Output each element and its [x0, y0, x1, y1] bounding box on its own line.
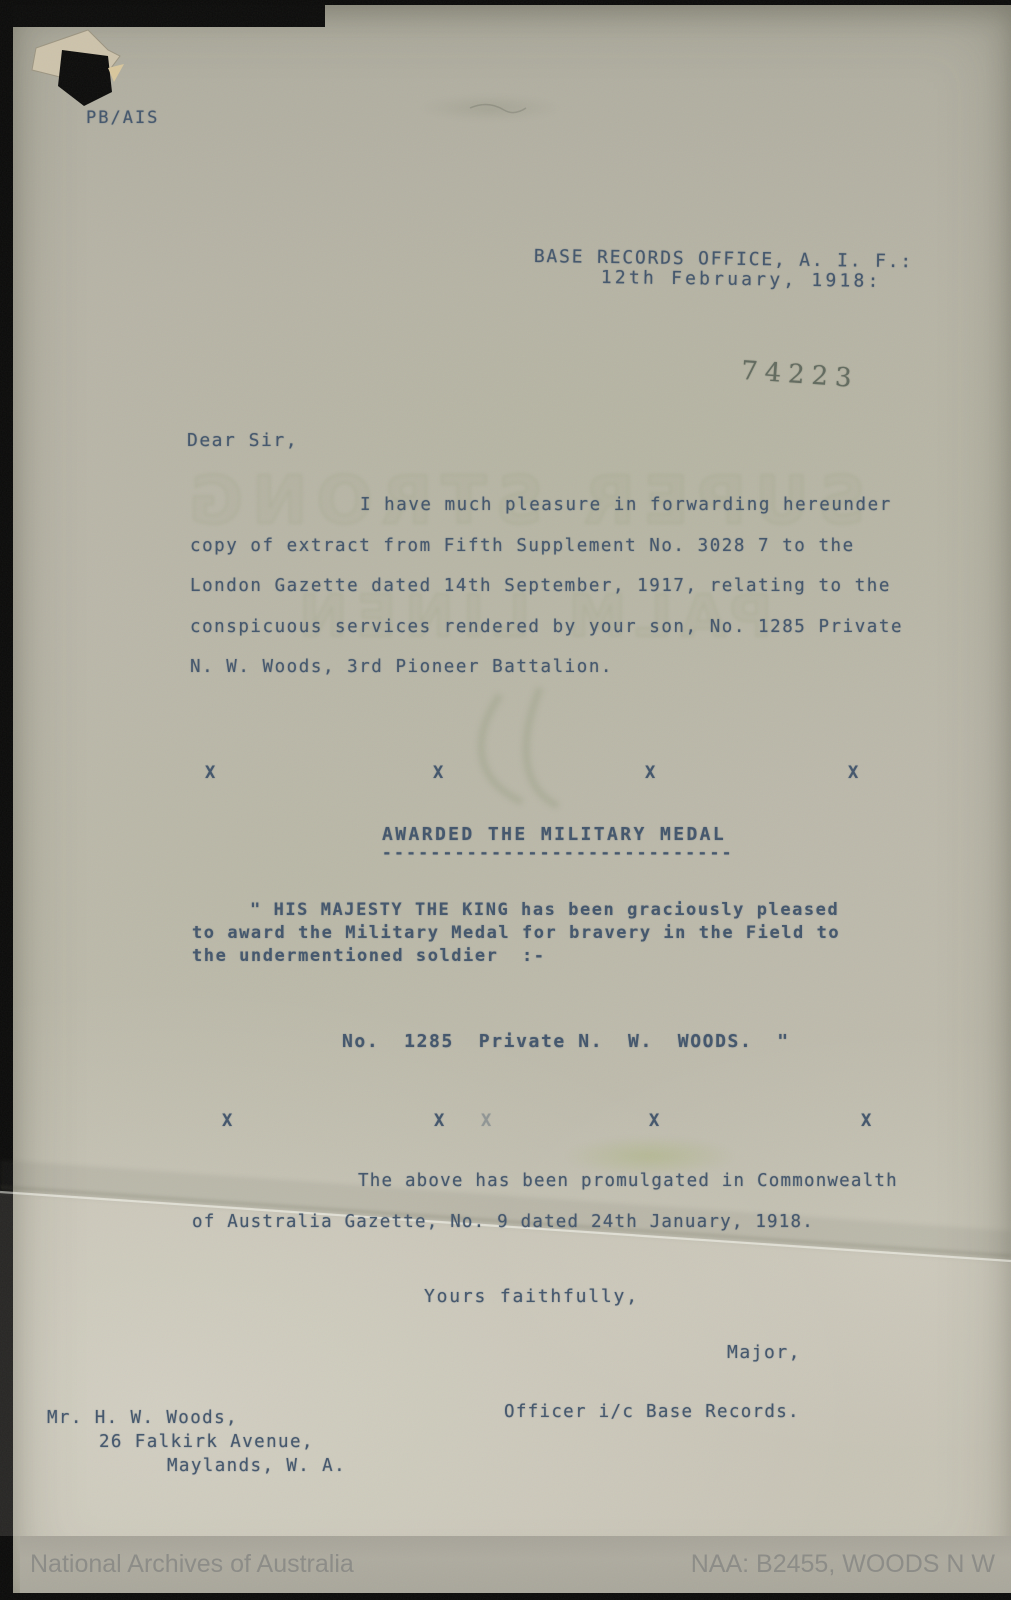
separator-x: X — [205, 763, 215, 783]
scan-edge-top — [13, 5, 325, 27]
archive-name: National Archives of Australia — [30, 1550, 354, 1579]
award-heading-underline: ----------------------------- — [382, 843, 734, 862]
separator-x: X — [649, 1111, 659, 1131]
body-paragraph: I have much pleasure in forwarding hereu… — [190, 485, 903, 688]
promulgation-paragraph: The above has been promulgated in Common… — [192, 1161, 898, 1243]
date-line: 12th February, 1918: — [601, 267, 882, 293]
separator-x: X — [433, 763, 443, 783]
pencil-smudge — [420, 95, 560, 121]
archive-footer-band: National Archives of Australia NAA: B245… — [20, 1536, 1011, 1593]
scanned-letter-page: SUPER STRONG PALM LINEN PB/AIS BASE RECO… — [0, 0, 1011, 1600]
separator-x: X — [861, 1111, 871, 1131]
signature-title: Officer i/c Base Records. — [504, 1402, 800, 1423]
separator-x-faint: X — [481, 1111, 491, 1131]
salutation: Dear Sir, — [187, 430, 298, 452]
recipient-name: Mr. H. W. Woods, — [47, 1408, 238, 1429]
recipient-street: 26 Falkirk Avenue, — [99, 1432, 314, 1453]
recipient-locality: Maylands, W. A. — [167, 1456, 346, 1477]
separator-x: X — [434, 1111, 444, 1131]
paper-sheet — [13, 5, 1011, 1593]
soldier-line: No. 1285 Private N. W. WOODS. " — [342, 1031, 790, 1053]
separator-x: X — [222, 1111, 232, 1131]
separator-x: X — [848, 763, 858, 783]
citation-paragraph: " HIS MAJESTY THE KING has been gracious… — [192, 899, 840, 969]
archive-reference: NAA: B2455, WOODS N W — [691, 1550, 995, 1579]
closing-line: Yours faithfully, — [424, 1286, 639, 1308]
separator-x: X — [645, 763, 655, 783]
file-reference: PB/AIS — [86, 108, 159, 128]
signature-rank: Major, — [727, 1342, 801, 1364]
